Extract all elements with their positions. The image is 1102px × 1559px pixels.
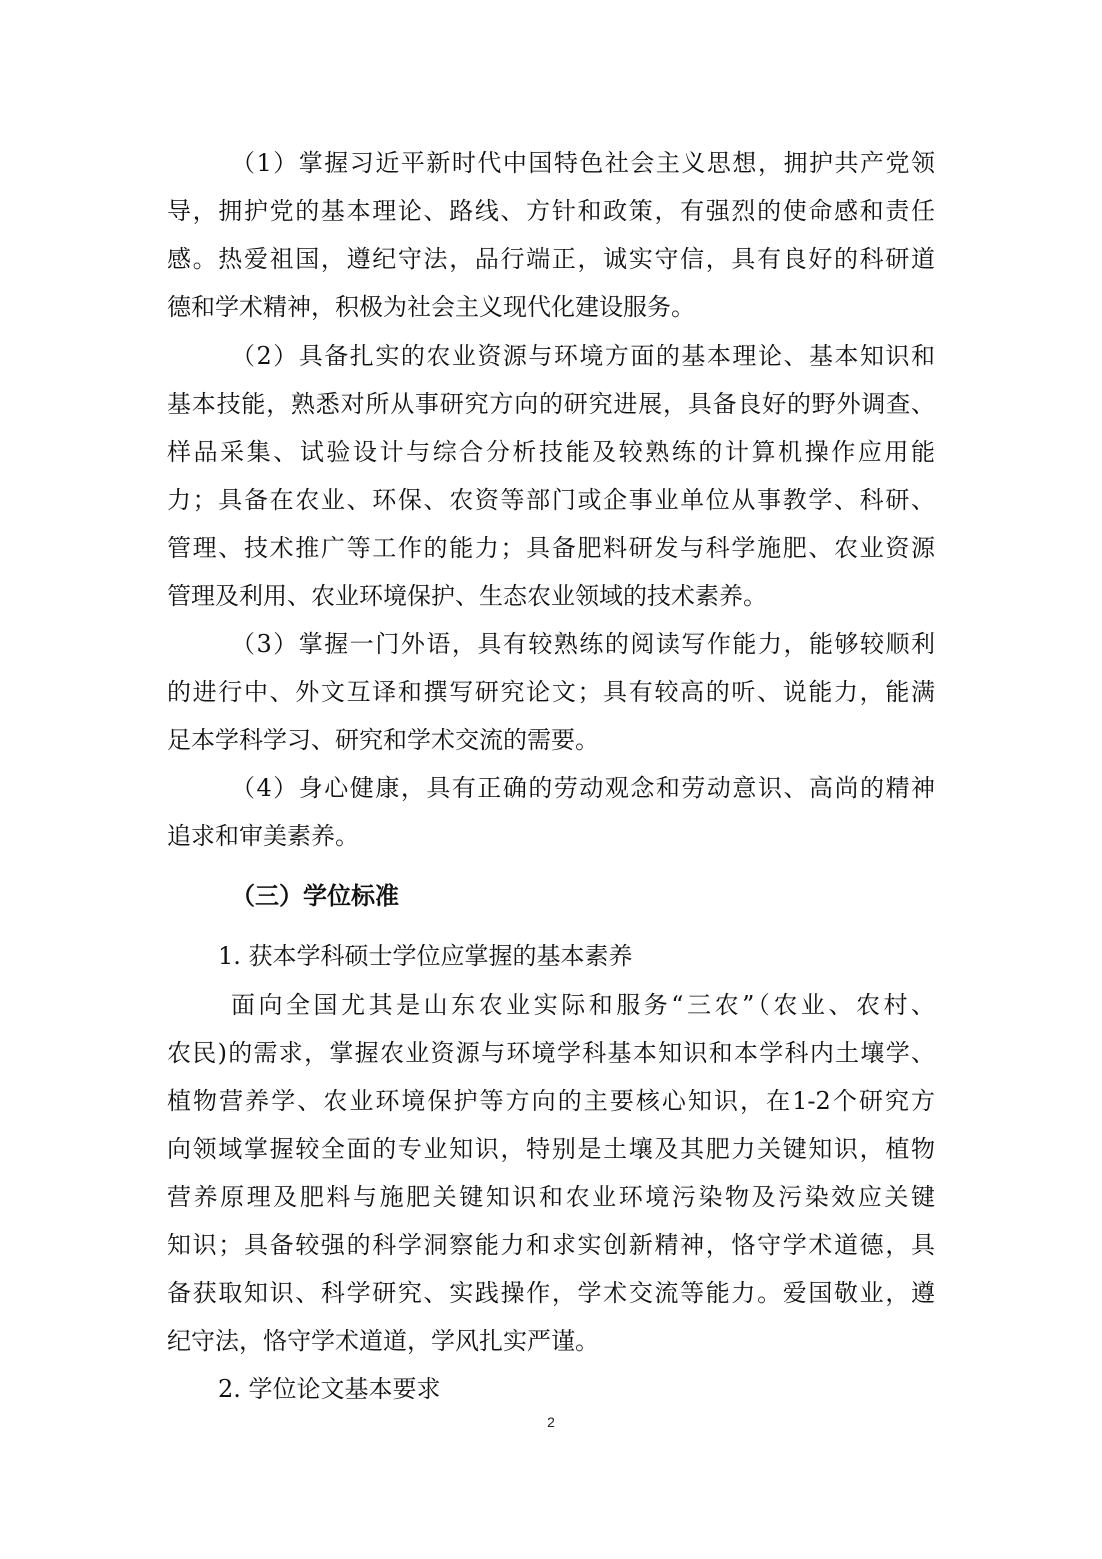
paragraph-3-line-3: 足本学科学习、研究和学术交流的需要。	[167, 720, 935, 760]
paragraph-1-line-3: 感。热爱祖国，遵纪守法，品行端正，诚实守信，具有良好的科研道	[167, 239, 935, 279]
document-page: （1）掌握习近平新时代中国特色社会主义思想，拥护共产党领 导，拥护党的基本理论、…	[0, 0, 1102, 1559]
paragraph-2-line-4: 力；具备在农业、环保、农资等部门或企事业单位从事教学、科研、	[167, 480, 935, 520]
paragraph-2-line-1: （2）具备扎实的农业资源与环境方面的基本理论、基本知识和	[231, 336, 935, 376]
paragraph-5-line-7: 备获取知识、科学研究、实践操作，学术交流等能力。爱国敬业，遵	[167, 1273, 935, 1313]
paragraph-4-line-2: 追求和审美素养。	[167, 816, 935, 856]
section-heading-degree-standard: （三）学位标准	[231, 876, 399, 916]
paragraph-1-line-2: 导，拥护党的基本理论、路线、方针和政策，有强烈的使命感和责任	[167, 191, 935, 231]
page-number: 2	[541, 1414, 561, 1430]
paragraph-2-line-5: 管理、技术推广等工作的能力；具备肥料研发与科学施肥、农业资源	[167, 528, 935, 568]
paragraph-5-line-6: 知识；具备较强的科学洞察能力和求实创新精神，恪守学术道德，具	[167, 1225, 935, 1265]
paragraph-5-line-4: 向领域掌握较全面的专业知识，特别是土壤及其肥力关键知识，植物	[167, 1129, 935, 1169]
paragraph-2-line-6: 管理及利用、农业环境保护、生态农业领域的技术素养。	[167, 576, 935, 616]
paragraph-2-line-2: 基本技能，熟悉对所从事研究方向的研究进展，具备良好的野外调查、	[167, 384, 935, 424]
paragraph-3-line-1: （3）掌握一门外语，具有较熟练的阅读写作能力，能够较顺利	[231, 624, 935, 664]
paragraph-1-line-1: （1）掌握习近平新时代中国特色社会主义思想，拥护共产党领	[231, 143, 935, 183]
paragraph-4-line-1: （4）身心健康，具有正确的劳动观念和劳动意识、高尚的精神	[231, 768, 935, 808]
paragraph-5-line-3: 植物营养学、农业环境保护等方向的主要核心知识，在1-2个研究方	[167, 1081, 935, 1121]
paragraph-3-line-2: 的进行中、外文互译和撰写研究论文；具有较高的听、说能力，能满	[167, 672, 935, 712]
paragraph-5-line-8: 纪守法，恪守学术道道，学风扎实严谨。	[167, 1321, 935, 1361]
paragraph-1-line-4: 德和学术精神，积极为社会主义现代化建设服务。	[167, 287, 935, 327]
paragraph-5-line-2: 农民)的需求，掌握农业资源与环境学科基本知识和本学科内土壤学、	[167, 1033, 935, 1073]
paragraph-5-line-1: 面向全国尤其是山东农业实际和服务“三农”（农业、农村、	[231, 985, 935, 1025]
paragraph-5-line-5: 营养原理及肥料与施肥关键知识和农业环境污染物及污染效应关键	[167, 1177, 935, 1217]
paragraph-2-line-3: 样品采集、试验设计与综合分析技能及较熟练的计算机操作应用能	[167, 432, 935, 472]
subsection-2-title: 2. 学位论文基本要求	[218, 1369, 441, 1409]
subsection-1-title: 1. 获本学科硕士学位应掌握的基本素养	[218, 936, 633, 976]
